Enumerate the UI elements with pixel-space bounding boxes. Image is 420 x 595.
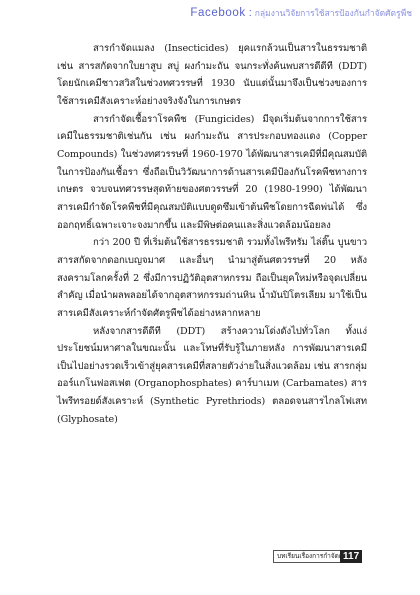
footer-section-label: บทเรียนเรื่องการกำจัดศัตรูพืช (273, 550, 340, 563)
paragraph-history: กว่า 200 ปี ที่เริ่มต้นใช้สารธรรมชาติ รว… (57, 234, 367, 322)
paragraph-ddt-development: หลังจากสารดีดีที (DDT) สร้างความโด่งดังไ… (57, 323, 367, 429)
facebook-brand-label: Facebook (190, 7, 245, 19)
header-separator: : (249, 7, 252, 19)
page-header: Facebook:กลุ่มงานวิจัยการใช้สารป้องกันกำ… (190, 5, 412, 20)
research-group-name: กลุ่มงานวิจัยการใช้สารป้องกันกำจัดศัตรูพ… (255, 8, 412, 18)
paragraph-fungicides: สารกำจัดเชื้อราโรคพืช (Fungicides) มีจุด… (57, 111, 367, 235)
document-body: สารกำจัดแมลง (Insecticides) ยุคแรกล้วนเป… (57, 40, 367, 428)
paragraph-insecticides: สารกำจัดแมลง (Insecticides) ยุคแรกล้วนเป… (57, 40, 367, 111)
page-footer: บทเรียนเรื่องการกำจัดศัตรูพืช 117 (273, 550, 362, 563)
page-number: 117 (340, 550, 362, 563)
